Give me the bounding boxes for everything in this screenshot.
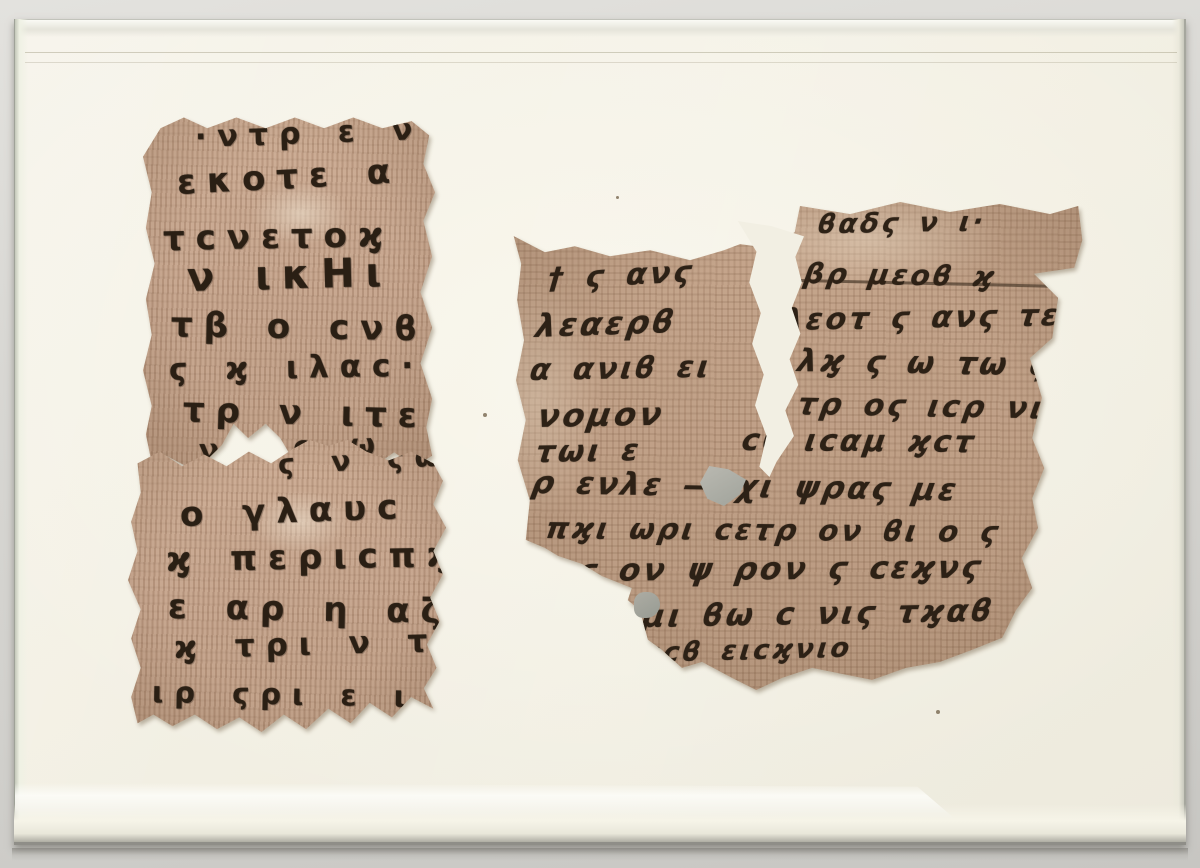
glass-bevel-right	[1172, 19, 1186, 845]
script-line: νϲϐ ειϲϗνιο	[640, 635, 853, 667]
script-line: τρ οϛ ιϲρ νι	[796, 390, 1048, 424]
script-line: πϗι ωρι ϲετρ ον ϐι ο ϛ	[544, 514, 1003, 547]
script-line: ·ντρ ε ν·	[194, 114, 446, 153]
glass-shadow	[12, 848, 1188, 861]
papyrus-fragment-right: ο ϐαδϛ ν ι· † ϛ ανϛ βρ μεοϐ ϗ λεαερϐ λεο…	[512, 198, 1088, 700]
script-line: λεοτ ϛ ανϛ τε	[782, 301, 1063, 336]
glass-inner-reflection-line	[25, 52, 1177, 53]
script-line: ν ικΗι	[186, 253, 392, 298]
mounting-tape	[15, 783, 955, 819]
script-line: α ανιϐ ει	[528, 353, 713, 386]
script-line: ϗ περιϲπϗ	[166, 538, 463, 577]
papyrus-fragment-left-lower: ϛ ν ϛω ψ ο γλαυϲ ϛ ϗ περιϲπϗ ε αρ η αζ ϗ…	[128, 440, 446, 732]
photograph: ·ντρ ε ν· εκοτε α τϲνετοϗ ν ικΗι τβ ο ϲν…	[0, 0, 1200, 868]
glass-inner-reflection-line	[25, 62, 1177, 63]
script-line: τβ ο ϲνϐ	[171, 308, 428, 346]
dust-speck	[483, 413, 487, 417]
glass-bevel-top	[14, 19, 1186, 37]
script-line: ϛ ον ψ ρον ϛ ϲεϗνϛ	[576, 552, 986, 587]
script-line: μι ϐω ϲ νιϛ τϗαϐ	[640, 596, 996, 633]
papyrus-fragment-left-upper: ·ντρ ε ν· εκοτε α τϲνετοϗ ν ικΗι τβ ο ϲν…	[143, 114, 435, 470]
script-line: τωι ε	[534, 436, 643, 468]
script-line: βρ μεοϐ ϗ	[802, 260, 999, 291]
script-line: ρ ενλε — χι ψραϛ με	[529, 468, 961, 506]
script-line: ϗ τρι ν τ—	[174, 625, 481, 664]
script-line: εκοτε α	[176, 154, 402, 200]
script-line: νομον	[535, 398, 667, 432]
script-line: ιρ ϛρι ε ι	[152, 678, 417, 712]
glass-bevel-left	[14, 19, 28, 845]
dust-speck	[616, 196, 619, 199]
script-line: ο ϐαδϛ ν ι·	[776, 208, 987, 239]
papyrus-surface: ·ντρ ε ν· εκοτε α τϲνετοϗ ν ικΗι τβ ο ϲν…	[143, 114, 435, 470]
dust-speck	[936, 710, 940, 714]
papyrus-surface: ϛ ν ϛω ψ ο γλαυϲ ϛ ϗ περιϲπϗ ε αρ η αζ ϗ…	[128, 440, 446, 732]
papyrus-surface: ο ϐαδϛ ν ι· † ϛ ανϛ βρ μεοϐ ϗ λεαερϐ λεο…	[512, 198, 1088, 700]
script-line: λϗ ϛ ω τω ϛ	[796, 346, 1054, 381]
script-line: † ϛ ανϛ	[547, 257, 696, 295]
script-line: ο γλαυϲ ϛ	[179, 488, 467, 532]
script-line: λεαερϐ	[534, 305, 679, 342]
script-line: ϛ ϗ ιλαϲ·	[169, 351, 425, 386]
